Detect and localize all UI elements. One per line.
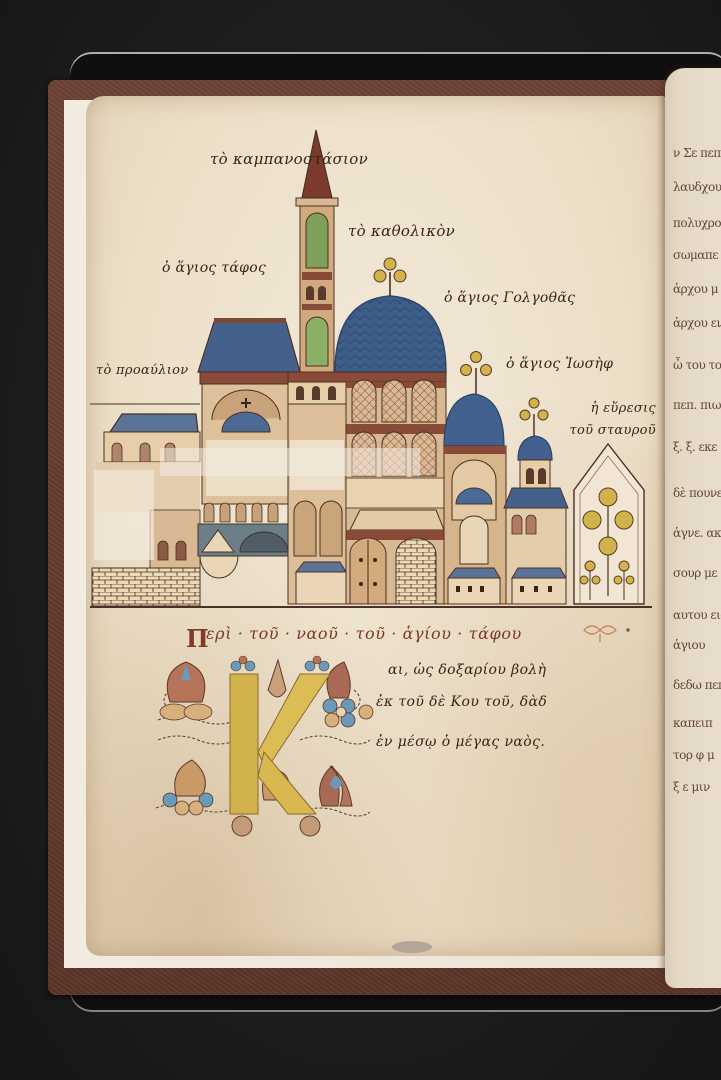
saint-joseph-chapel <box>504 398 568 604</box>
label-holy-sepulchre: ὁ ἅγιος τάφος <box>162 260 266 276</box>
text-line-1: αι, ὡς δοξαρίου βολὴ <box>388 662 546 678</box>
facing-text-line: ν Σε πεπ <box>673 146 721 160</box>
text-line-3: ἐν μέσῳ ὁ μέγας ναὸς. <box>376 734 545 750</box>
section-heading: ερὶ · τοῦ · ναοῦ · τοῦ · ἁγίου · τάφου <box>206 624 522 643</box>
label-garden: ἡ εὕρεσις τοῦ σταυροῦ <box>566 398 656 442</box>
facing-text-line: σουρ με <box>673 566 717 580</box>
facing-text-line: ἀρχου μ <box>673 282 718 296</box>
facing-text-line: ἁγνε. ακπ <box>673 526 721 540</box>
facing-text-line: πολυχρο <box>673 216 721 230</box>
garden-enclosure <box>574 444 644 604</box>
facing-text-line: δεδω πεπ <box>673 678 721 692</box>
facing-text-line: πεπ. πιω <box>673 398 721 412</box>
label-katholikon: τὸ καθολικὸν <box>348 222 455 240</box>
facing-text-line: καπειπ <box>673 716 712 730</box>
golgotha-chapel <box>444 352 506 605</box>
text-line-2: ἐκ τοῦ δὲ Κου τοῦ, δὰδ <box>376 694 547 710</box>
facing-text-line: ἀρχου εν <box>673 316 721 330</box>
label-saint-joseph: ὁ ἅγιος Ἰωσὴφ <box>506 356 613 372</box>
label-bell-tower: τὸ καμπανοστάσιον <box>210 150 368 168</box>
illuminated-initial <box>156 656 373 836</box>
facing-page: ν Σε πεπ λαυδχου πολυχρο σωμαπε ἀρχου μ … <box>665 68 721 988</box>
facing-text-line: ὦ του του <box>673 358 721 372</box>
flourish-ornament <box>584 626 616 642</box>
facing-text-line: δὲ πουνε <box>673 486 721 500</box>
facing-text-line: αυτου εια <box>673 608 721 622</box>
forecourt-building <box>92 414 200 606</box>
facing-text-line: τορ φ μ <box>673 748 714 762</box>
facing-text-line: ξ. ξ. εκε <box>673 440 717 454</box>
facing-text-line: σωμαπε <box>673 248 718 262</box>
label-forecourt: τὸ προαύλιον <box>96 363 189 378</box>
label-golgotha: ὁ ἅγιος Γολγοθᾶς <box>444 290 575 306</box>
facing-text-line: ξ ε μιν <box>673 780 710 794</box>
facing-text-line: ἁγιου <box>673 638 705 652</box>
facing-text-line: λαυδχου <box>673 180 721 194</box>
